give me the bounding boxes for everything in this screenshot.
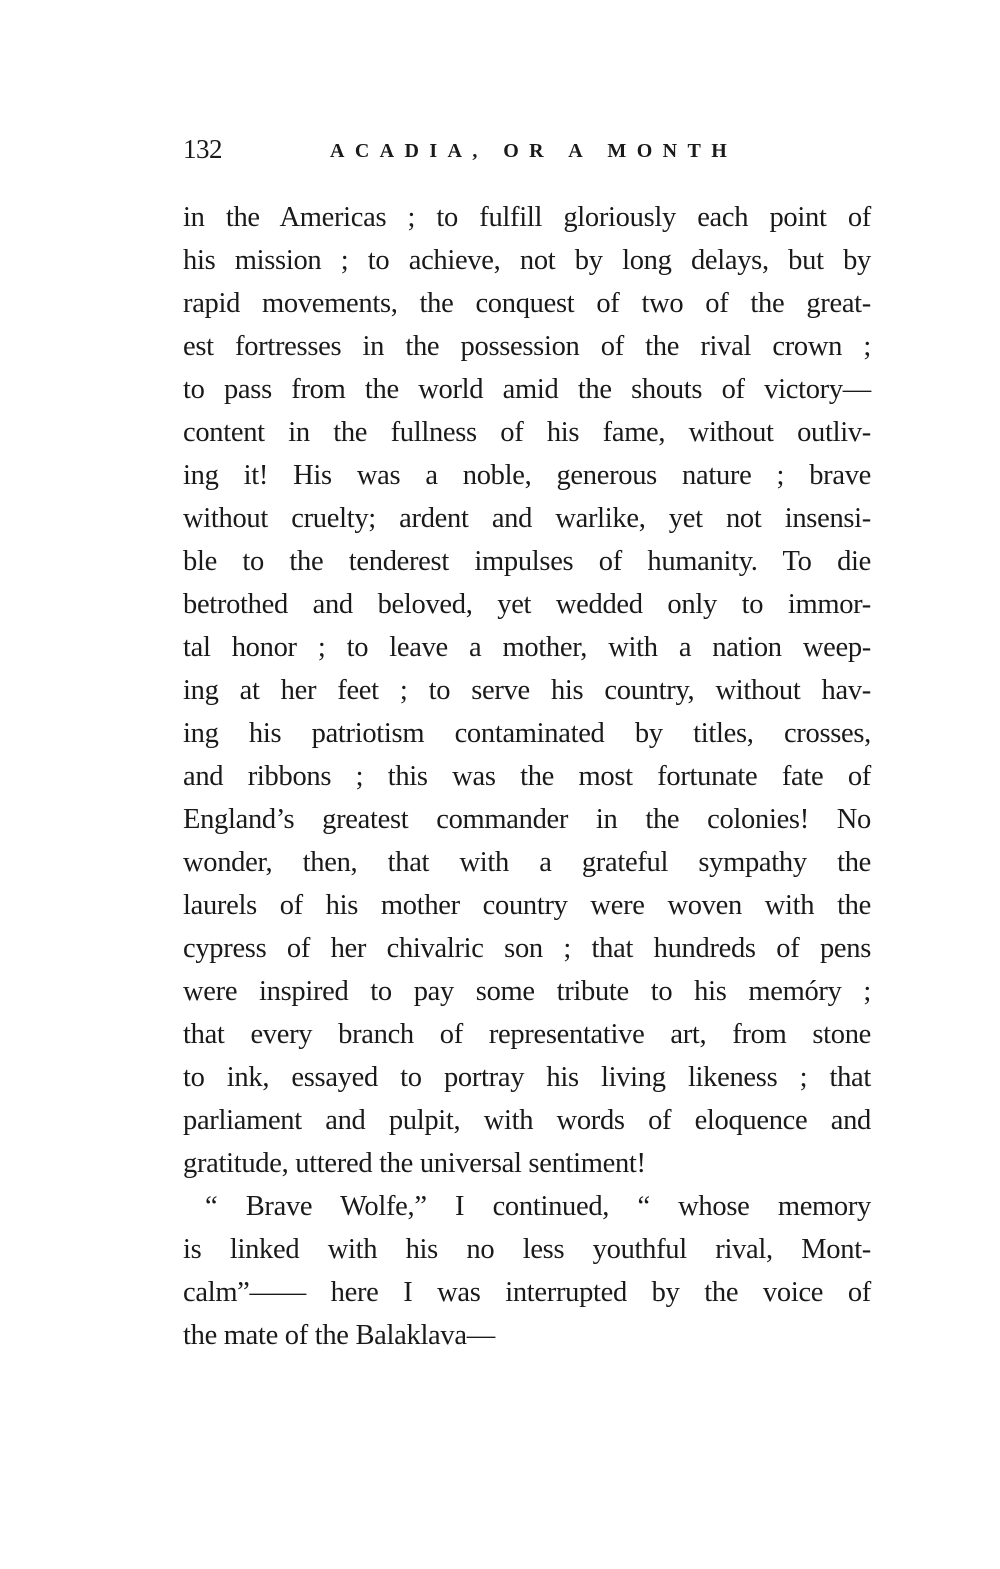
text-line: his mission ; to achieve, not by long de… — [183, 239, 871, 282]
text-line: est fortresses in the possession of the … — [183, 325, 871, 368]
text-line: laurels of his mother country were woven… — [183, 884, 871, 927]
body-text: in the Americas ; to fulfill gloriously … — [183, 196, 871, 1357]
running-head: 132 ACADIA, OR A MONTH — [183, 134, 883, 174]
text-line: calm”—— here I was interrupted by the vo… — [183, 1271, 871, 1314]
text-line: England’s greatest commander in the colo… — [183, 798, 871, 841]
running-title: ACADIA, OR A MONTH — [330, 138, 737, 164]
text-line: to pass from the world amid the shouts o… — [183, 368, 871, 411]
text-line: ing it! His was a noble, generous nature… — [183, 454, 871, 497]
text-line: that every branch of representative art,… — [183, 1013, 871, 1056]
paragraph: in the Americas ; to fulfill gloriously … — [183, 196, 871, 1185]
text-line: to ink, essayed to portray his living li… — [183, 1056, 871, 1099]
text-line: betrothed and beloved, yet wedded only t… — [183, 583, 871, 626]
text-line: is linked with his no less youthful riva… — [183, 1228, 871, 1271]
text-line: cypress of her chivalric son ; that hund… — [183, 927, 871, 970]
text-line: “ Brave Wolfe,” I continued, “ whose mem… — [183, 1185, 871, 1228]
paragraph: “ Brave Wolfe,” I continued, “ whose mem… — [183, 1185, 871, 1357]
text-line: gratitude, uttered the universal sentime… — [183, 1142, 871, 1185]
text-line: tal honor ; to leave a mother, with a na… — [183, 626, 871, 669]
text-line: wonder, then, that with a grateful sympa… — [183, 841, 871, 884]
text-line: without cruelty; ardent and warlike, yet… — [183, 497, 871, 540]
text-line: rapid movements, the conquest of two of … — [183, 282, 871, 325]
text-line: parliament and pulpit, with words of elo… — [183, 1099, 871, 1142]
text-line: ing his patriotism contaminated by title… — [183, 712, 871, 755]
book-page: 132 ACADIA, OR A MONTH in the Americas ;… — [0, 0, 1000, 1569]
text-line: in the Americas ; to fulfill gloriously … — [183, 196, 871, 239]
text-line: and ribbons ; this was the most fortunat… — [183, 755, 871, 798]
text-line: were inspired to pay some tribute to his… — [183, 970, 871, 1013]
page-number: 132 — [183, 134, 222, 164]
text-line: the mate of the Balaklava— — [183, 1314, 871, 1357]
text-line: ble to the tenderest impulses of humanit… — [183, 540, 871, 583]
text-line: content in the fullness of his fame, wit… — [183, 411, 871, 454]
text-line: ing at her feet ; to serve his country, … — [183, 669, 871, 712]
